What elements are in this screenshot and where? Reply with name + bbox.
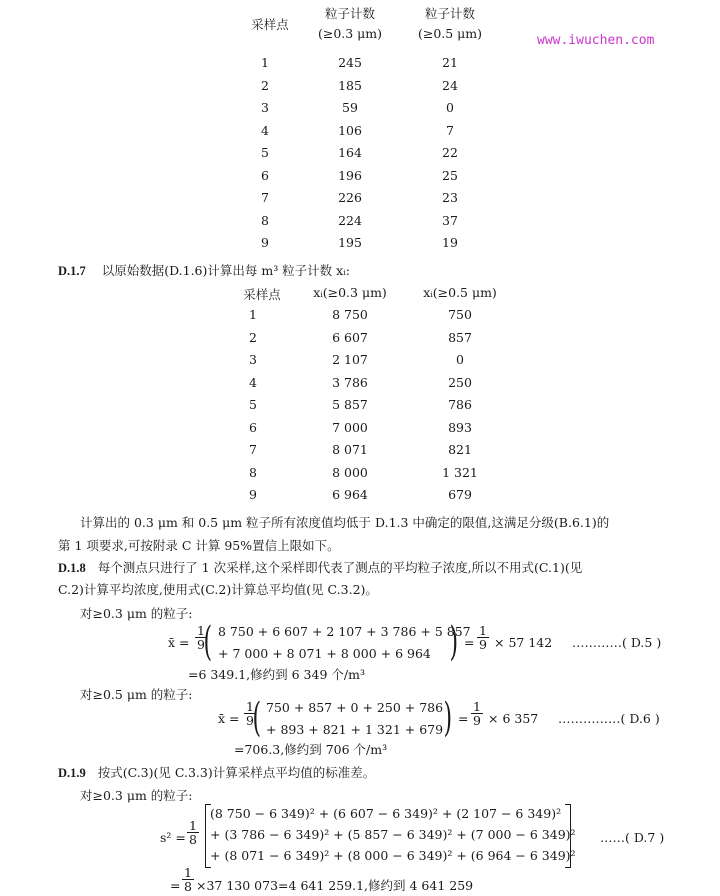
right-bracket xyxy=(565,804,571,868)
cell-count-05: 25 xyxy=(420,168,480,183)
cell-xi-05: 0 xyxy=(425,352,495,367)
eq-row: + (8 071 − 6 349)² + (8 000 − 6 349)² + … xyxy=(210,848,576,863)
eq-lhs: x̄ = xyxy=(168,635,190,650)
section-d18: D.1.8 每个测点只进行了 1 次采样,这个采样即代表了测点的平均粒子浓度,所… xyxy=(58,558,582,576)
cell-xi-05: 821 xyxy=(425,442,495,457)
cell-point: 8 xyxy=(250,213,280,228)
left-paren: ( xyxy=(204,622,213,662)
cell-point: 3 xyxy=(250,100,280,115)
frac-num: 1 xyxy=(471,700,483,714)
cell-xi-03: 8 750 xyxy=(315,307,385,322)
cell-count-03: 59 xyxy=(320,100,380,115)
section-number: D.1.9 xyxy=(58,766,86,780)
table-row: 1 8 750 750 xyxy=(0,307,720,325)
table-row: 5 5 857 786 xyxy=(0,397,720,415)
cell-count-03: 185 xyxy=(320,78,380,93)
eq-fraction: 1 9 xyxy=(477,624,489,651)
table-row: 5 164 22 xyxy=(0,145,720,163)
cell-xi-05: 750 xyxy=(425,307,495,322)
frac-num: 1 xyxy=(187,819,199,833)
section-d17: D.1.7 以原始数据(D.1.6)计算出每 m³ 粒子计数 xᵢ: xyxy=(58,261,350,279)
table-row: 8 8 000 1 321 xyxy=(0,465,720,483)
header-sampling-point: 采样点 xyxy=(240,15,300,33)
cell-point: 8 xyxy=(238,465,268,480)
table-row: 3 59 0 xyxy=(0,100,720,118)
eq-row: (8 750 − 6 349)² + (6 607 − 6 349)² + (2… xyxy=(210,806,561,821)
table-row: 8 224 37 xyxy=(0,213,720,231)
table-row: 9 6 964 679 xyxy=(0,487,720,505)
cell-point: 2 xyxy=(238,330,268,345)
header-count-03-line2: (≥0.3 μm) xyxy=(305,26,395,41)
table-row: 1 245 21 xyxy=(0,55,720,73)
cell-point: 7 xyxy=(250,190,280,205)
cell-count-03: 106 xyxy=(320,123,380,138)
eq-lhs: s² = xyxy=(160,830,186,845)
section-number: D.1.8 xyxy=(58,561,86,575)
cell-xi-03: 2 107 xyxy=(315,352,385,367)
eq-intro: 对≥0.3 μm 的粒子: xyxy=(80,604,193,622)
eq-line2: =6 349.1,修约到 6 349 个/m³ xyxy=(188,665,365,683)
cell-xi-05: 250 xyxy=(425,375,495,390)
cell-count-05: 37 xyxy=(420,213,480,228)
cell-xi-05: 786 xyxy=(425,397,495,412)
cell-xi-05: 857 xyxy=(425,330,495,345)
cell-xi-03: 7 000 xyxy=(315,420,385,435)
cell-xi-05: 1 321 xyxy=(425,465,495,480)
frac-den: 8 xyxy=(182,880,194,893)
table-row: 4 106 7 xyxy=(0,123,720,141)
eq-row: 8 750 + 6 607 + 2 107 + 3 786 + 5 857 xyxy=(218,624,471,639)
eq-line2: =706.3,修约到 706 个/m³ xyxy=(234,740,387,758)
cell-xi-03: 8 000 xyxy=(315,465,385,480)
cell-point: 4 xyxy=(250,123,280,138)
eq-lhs: x̄ = xyxy=(218,711,240,726)
table-row: 6 7 000 893 xyxy=(0,420,720,438)
paragraph-line: C.2)计算平均浓度,使用式(C.2)计算总平均值(见 C.3.2)。 xyxy=(58,580,378,598)
paragraph-line: 计算出的 0.3 μm 和 0.5 μm 粒子所有浓度值均低于 D.1.3 中确… xyxy=(80,513,609,531)
eq-result: × 57 142 xyxy=(494,635,552,650)
cell-xi-05: 893 xyxy=(425,420,495,435)
cell-xi-03: 5 857 xyxy=(315,397,385,412)
cell-point: 6 xyxy=(238,420,268,435)
section-number: D.1.7 xyxy=(58,264,86,278)
table-row: 4 3 786 250 xyxy=(0,375,720,393)
eq-fraction: 1 8 xyxy=(187,819,199,846)
table-row: 9 195 19 xyxy=(0,235,720,253)
cell-point: 6 xyxy=(250,168,280,183)
eq-label: ……( D.7 ) xyxy=(600,830,664,845)
header-count-03-line1: 粒子计数 xyxy=(305,4,395,22)
cell-xi-03: 8 071 xyxy=(315,442,385,457)
cell-point: 5 xyxy=(238,397,268,412)
cell-point: 7 xyxy=(238,442,268,457)
eq-line2: ×37 130 073=4 641 259.1,修约到 4 641 259 xyxy=(196,876,473,894)
section-text: 每个测点只进行了 1 次采样,这个采样即代表了测点的平均粒子浓度,所以不用式(C… xyxy=(98,560,583,575)
cell-point: 1 xyxy=(238,307,268,322)
cell-point: 3 xyxy=(238,352,268,367)
header-count-05-line1: 粒子计数 xyxy=(405,4,495,22)
section-text: 以原始数据(D.1.6)计算出每 m³ 粒子计数 xᵢ: xyxy=(102,263,350,278)
table-row: 2 6 607 857 xyxy=(0,330,720,348)
eq-fraction: 1 8 xyxy=(182,866,194,893)
section-text: 按式(C.3)(见 C.3.3)计算采样点平均值的标准差。 xyxy=(98,765,376,780)
table-row: 7 226 23 xyxy=(0,190,720,208)
section-d19: D.1.9 按式(C.3)(见 C.3.3)计算采样点平均值的标准差。 xyxy=(58,763,375,781)
cell-count-03: 226 xyxy=(320,190,380,205)
right-paren: ) xyxy=(444,698,453,738)
cell-count-05: 19 xyxy=(420,235,480,250)
eq-intro: 对≥0.3 μm 的粒子: xyxy=(80,786,193,804)
cell-xi-03: 6 607 xyxy=(315,330,385,345)
table-row: 2 185 24 xyxy=(0,78,720,96)
frac-den: 8 xyxy=(187,833,199,846)
header-xi-03: xᵢ(≥0.3 μm) xyxy=(300,285,400,300)
cell-count-03: 195 xyxy=(320,235,380,250)
eq-row: + (3 786 − 6 349)² + (5 857 − 6 349)² + … xyxy=(210,827,576,842)
watermark: www.iwuchen.com xyxy=(537,33,654,48)
cell-count-03: 196 xyxy=(320,168,380,183)
table-row: 3 2 107 0 xyxy=(0,352,720,370)
eq-fraction: 1 9 xyxy=(471,700,483,727)
eq-intro: 对≥0.5 μm 的粒子: xyxy=(80,685,193,703)
cell-count-05: 21 xyxy=(420,55,480,70)
cell-point: 4 xyxy=(238,375,268,390)
paragraph-line: 第 1 项要求,可按附录 C 计算 95%置信上限如下。 xyxy=(58,536,340,554)
cell-count-03: 224 xyxy=(320,213,380,228)
cell-point: 9 xyxy=(250,235,280,250)
right-paren: ) xyxy=(450,622,459,662)
header-count-05-line2: (≥0.5 μm) xyxy=(405,26,495,41)
eq-result: × 6 357 xyxy=(488,711,538,726)
frac-num: 1 xyxy=(477,624,489,638)
cell-count-05: 22 xyxy=(420,145,480,160)
cell-count-05: 23 xyxy=(420,190,480,205)
cell-count-05: 0 xyxy=(420,100,480,115)
cell-count-03: 245 xyxy=(320,55,380,70)
frac-den: 9 xyxy=(477,638,489,651)
eq-row: 750 + 857 + 0 + 250 + 786 xyxy=(266,700,443,715)
eq-row: + 893 + 821 + 1 321 + 679 xyxy=(266,722,443,737)
cell-point: 1 xyxy=(250,55,280,70)
cell-xi-03: 6 964 xyxy=(315,487,385,502)
left-paren: ( xyxy=(253,698,262,738)
cell-count-05: 7 xyxy=(420,123,480,138)
eq-line2-prefix: = xyxy=(170,878,180,893)
cell-count-03: 164 xyxy=(320,145,380,160)
table-row: 7 8 071 821 xyxy=(0,442,720,460)
eq-equals: = xyxy=(464,635,474,650)
table-row: 6 196 25 xyxy=(0,168,720,186)
cell-point: 5 xyxy=(250,145,280,160)
eq-label: …………( D.5 ) xyxy=(572,635,661,650)
cell-xi-03: 3 786 xyxy=(315,375,385,390)
header-xi-05: xᵢ(≥0.5 μm) xyxy=(410,285,510,300)
cell-point: 9 xyxy=(238,487,268,502)
cell-xi-05: 679 xyxy=(425,487,495,502)
cell-point: 2 xyxy=(250,78,280,93)
cell-count-05: 24 xyxy=(420,78,480,93)
frac-num: 1 xyxy=(182,866,194,880)
eq-label: ……………( D.6 ) xyxy=(558,711,660,726)
header-sampling-point: 采样点 xyxy=(232,285,292,303)
eq-equals: = xyxy=(458,711,468,726)
frac-den: 9 xyxy=(471,714,483,727)
eq-row: + 7 000 + 8 071 + 8 000 + 6 964 xyxy=(218,646,431,661)
